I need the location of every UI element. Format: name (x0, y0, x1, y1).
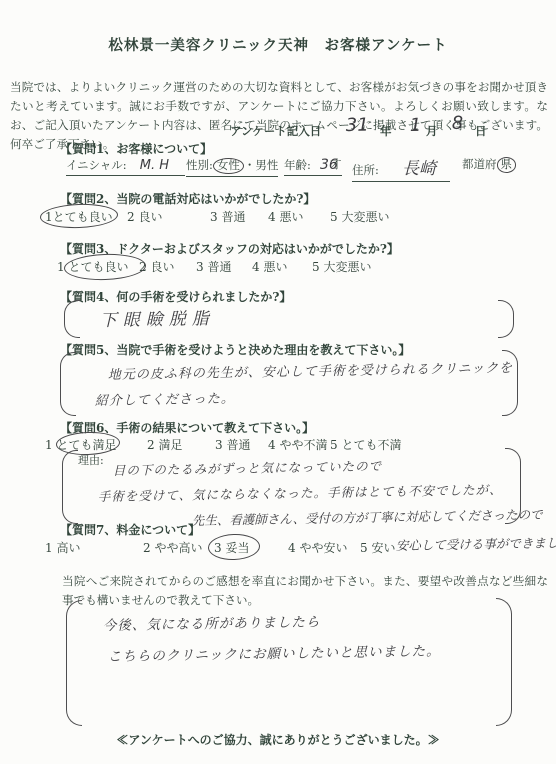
q6-reason-line1: 目の下のたるみがずっと気になっていたので (113, 456, 383, 479)
q2-option-2: 2 良い (127, 208, 162, 225)
q3-option-5: 5 大変悪い (312, 258, 371, 275)
q3-option-3: 3 普通 (196, 258, 231, 275)
address-field: 住所: 長崎 (352, 154, 450, 182)
date-day-value: 8 (452, 113, 464, 134)
date-month-unit: 月 (426, 123, 438, 139)
q7-selection-circle (208, 533, 261, 561)
date-day-unit: 日 (475, 123, 487, 139)
address-label: 住所: (352, 163, 379, 177)
q7-option-2: 2 やや高い (143, 539, 202, 556)
q2-option-4: 4 悪い (268, 208, 303, 225)
q6-reason-line3: 先生、看護師さん、受付の方が丁寧に対応してくださったので (192, 505, 543, 529)
q5-answer-line1: 地元の皮ふ科の先生が、安心して手術を受けられるクリニックを (108, 357, 514, 383)
q6-option-4: 4 やや不満 (268, 436, 327, 453)
q2-option-5: 5 大変悪い (330, 208, 389, 225)
q6-reason-line2: 手術を受けて、気にならなくなった。手術はとても不安でしたが、 (98, 480, 503, 505)
address-unit-prefix: 都道府 (462, 157, 497, 171)
gender-field: 性別:女性・男性 (186, 154, 278, 177)
q4-heading: 【質問4、何の手術を受けられましたか?】 (60, 288, 291, 305)
age-unit: 才 (330, 156, 342, 172)
q4-bracket-right (498, 300, 514, 338)
q4-answer: 下眼瞼脱脂 (100, 304, 215, 331)
q5-answer-line2: 紹介してくださった。 (95, 388, 235, 409)
initial-label: イニシャル: (66, 158, 127, 172)
q4-bracket-left (64, 300, 80, 338)
q2-option-3: 3 普通 (210, 208, 245, 225)
initial-value: M. H (140, 158, 169, 173)
date-year-unit: 年 (380, 123, 392, 139)
address-unit: 都道府県 (462, 156, 516, 173)
q6-option-5: 5 とても不満 (330, 436, 401, 453)
q5-heading: 【質問5、当院で手術を受けようと決めた理由を教えて下さい。】 (60, 341, 410, 358)
q2-selection-circle (40, 203, 119, 230)
q6-reason-bracket-left (62, 450, 78, 524)
q6-reason-label: 理由: (78, 452, 104, 468)
date-year-value: 31 (346, 115, 369, 136)
initial-field: イニシャル: M. H (66, 154, 185, 176)
comment-bracket-right (496, 598, 512, 726)
address-value: 長崎 (402, 159, 436, 179)
q7-option-5: 5 安い (360, 539, 395, 556)
q5-bracket-left (60, 352, 76, 416)
q7-option-1: 1 高い (45, 539, 80, 556)
footer-thanks: ≪アンケートへのご協力、誠にありがとうございました。≫ (0, 731, 556, 748)
date-label: アンケート記入日 (230, 123, 321, 139)
age-label: 年齢: (284, 158, 311, 172)
q6-option-2: 2 満足 (147, 436, 182, 453)
q7-overflow-note: 安心して受ける事ができました。 (396, 533, 556, 554)
date-month-value: 1 (410, 115, 422, 136)
q7-heading: 【質問7、料金について】 (60, 521, 200, 538)
feedback-prompt: 当院へご来院されてからのご感想を率直にお聞かせ下さい。また、要望や改善点など些細… (62, 572, 548, 610)
gender-separator: ・ (244, 158, 256, 172)
comment-line2: こちらのクリニックにお願いしたいと思いました。 (108, 639, 441, 665)
comment-bracket-left (66, 600, 82, 726)
q6-option-3: 3 普通 (215, 436, 250, 453)
survey-scan: { "title": "松林景一美容クリニック天神 お客様アンケート", "in… (0, 0, 556, 764)
page-title: 松林景一美容クリニック天神 お客様アンケート (0, 34, 556, 55)
address-unit-circled: 県 (497, 157, 517, 173)
q7-option-4: 4 やや安い (288, 539, 347, 556)
gender-label: 性別: (186, 158, 213, 172)
gender-selected-circle: 女性 (213, 158, 244, 174)
gender-male-option: 男性 (255, 158, 278, 172)
q3-option-4: 4 悪い (252, 258, 287, 275)
comment-line1: 今後、気になる所がありましたら (103, 610, 321, 634)
